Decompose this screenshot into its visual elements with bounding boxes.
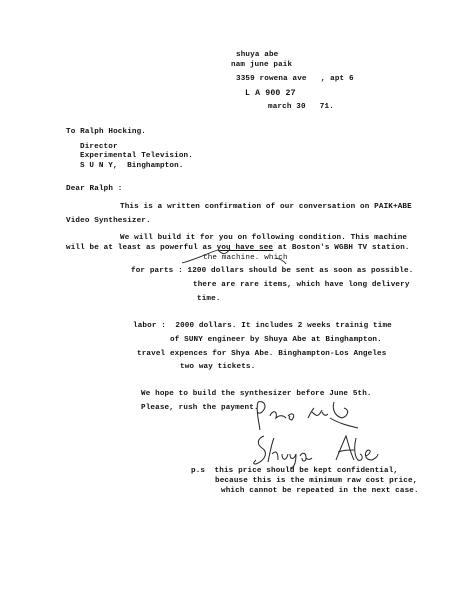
recipient-to-line: To Ralph Hocking. xyxy=(66,128,146,137)
postscript-line3: which cannot be repeated in the next cas… xyxy=(221,487,419,496)
insertion-caret-mark xyxy=(180,246,290,266)
letter-date: march 30 71. xyxy=(268,103,334,112)
body-p1-line1: This is a written confirmation of our co… xyxy=(120,203,412,212)
sender-street: 3359 rowena ave , apt 6 xyxy=(236,75,354,84)
parts-line1: for parts : 1200 dollars should be sent … xyxy=(131,267,413,276)
postscript-line1: p.s this price should be kept confidenti… xyxy=(191,467,398,476)
salutation: Dear Ralph : xyxy=(66,185,122,194)
recipient-department: Experimental Television. xyxy=(80,152,193,161)
body-p1-line2: Video Synthesizer. xyxy=(66,217,151,226)
body-p2-line2-c: at Boston's WGBH TV station. xyxy=(273,244,410,252)
sender-name-abe: shuya abe xyxy=(236,51,278,60)
body-p2-line1: We will build it for you on following co… xyxy=(120,234,407,243)
sender-name-paik: nam june paik xyxy=(231,61,292,70)
travel-line2: two way tickets. xyxy=(180,363,255,372)
parts-line2: there are rare items, which have long de… xyxy=(193,281,410,290)
recipient-institution: S U N Y, Binghampton. xyxy=(80,162,184,171)
recipient-title: Director xyxy=(80,143,118,152)
parts-line3: time. xyxy=(197,295,221,304)
postscript-line2: because this is the minimum raw cost pri… xyxy=(215,477,417,486)
closing-line2: Please, rush the payment. xyxy=(141,404,259,413)
labor-line2: of SUNY engineer by Shuya Abe at Bingham… xyxy=(170,336,382,345)
signature-shuya-abe: Shuya Abe xyxy=(250,432,380,470)
travel-line1: travel expences for Shya Abe. Binghampto… xyxy=(137,350,386,359)
labor-line1: labor : 2000 dollars. It includes 2 week… xyxy=(133,322,392,331)
sender-city: L A 900 27 xyxy=(245,89,296,98)
